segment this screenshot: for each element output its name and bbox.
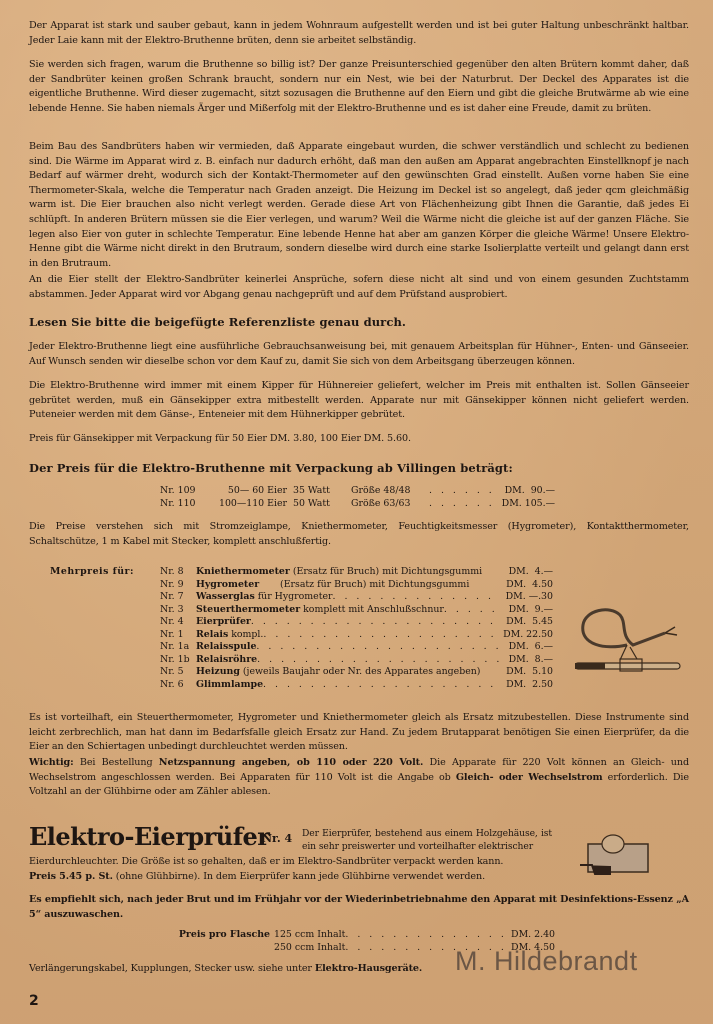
dot-leader: . . . . . . . . . . . . . . . . . . . . … bbox=[263, 679, 499, 690]
model-watt: 35 Watt bbox=[293, 485, 351, 496]
extra-name: Steuerthermometer bbox=[196, 604, 300, 615]
list-item: Nr. 5Heizung (jeweils Baujahr oder Nr. d… bbox=[160, 666, 553, 677]
extras-label: Mehrpreis für: bbox=[50, 566, 134, 577]
extra-price: DM. 5.10 bbox=[499, 666, 553, 677]
model-size: Größe 48/48 bbox=[351, 485, 429, 496]
voltage-emphasis: Netzspannung angeben, ob 110 oder 220 Vo… bbox=[159, 757, 423, 768]
dot-leader: . . . . . . . . . . . . . . . . . . . . … bbox=[251, 616, 499, 627]
extra-description: für Hygrometer bbox=[255, 591, 333, 602]
paragraph-instructions: Jeder Elektro-Bruthenne liegt eine ausfü… bbox=[29, 340, 689, 369]
paragraph-price-reason: Sie werden sich fragen, warum die Bruthe… bbox=[29, 58, 689, 116]
bottle-size: 125 ccm Inhalt bbox=[274, 929, 345, 940]
paragraph-spare-parts: Es ist vorteilhaft, ein Steuerthermomete… bbox=[29, 711, 689, 755]
catalog-page: Der Apparat ist stark und sauber gebaut,… bbox=[0, 0, 713, 1024]
price-per-bottle-label bbox=[160, 942, 274, 953]
extra-number: Nr. 1a bbox=[160, 641, 196, 652]
spacer bbox=[482, 566, 499, 577]
extra-number: Nr. 9 bbox=[160, 579, 196, 590]
extra-number: Nr. 3 bbox=[160, 604, 196, 615]
paragraph-egg-requirements: An die Eier stellt der Elektro-Sandbrüte… bbox=[29, 273, 689, 302]
footer-text: Verlängerungskabel, Kupplungen, Stecker … bbox=[29, 963, 315, 974]
list-item: Nr. 3Steuerthermometer komplett mit Ansc… bbox=[160, 604, 553, 615]
extra-number: Nr. 5 bbox=[160, 666, 196, 677]
important-label: Wichtig: bbox=[29, 757, 74, 768]
extra-name: Wasserglas bbox=[196, 591, 255, 602]
dot-leader: . . . . . . . . . . . . . . . . . bbox=[345, 929, 505, 940]
thermometer-illustration-icon bbox=[575, 605, 685, 680]
list-item: Nr. 1aRelaisspule . . . . . . . . . . . … bbox=[160, 641, 553, 652]
dot-leader: . . . . . . . . . . . . . . . . . . . . … bbox=[257, 654, 499, 665]
paragraph-voltage: Wichtig: Bei Bestellung Netzspannung ang… bbox=[29, 756, 689, 800]
extra-name: Relaisröhre bbox=[196, 654, 257, 665]
extra-name: Relaisspule bbox=[196, 641, 256, 652]
table-row: Preis pro Flasche125 ccm Inhalt . . . . … bbox=[160, 929, 555, 940]
paragraph-intro: Der Apparat ist stark und sauber gebaut,… bbox=[29, 19, 689, 48]
list-item: Nr. 1Relais kompl. . . . . . . . . . . .… bbox=[160, 629, 553, 640]
household-appliances-reference: Elektro-Hausgeräte. bbox=[315, 963, 422, 974]
bottle-size: 250 ccm Inhalt bbox=[274, 942, 345, 953]
egg-tester-price: Preis 5.45 p. St. bbox=[29, 871, 113, 882]
model-price: DM. 90.— bbox=[495, 485, 555, 496]
extra-number: Nr. 4 bbox=[160, 616, 196, 627]
extra-name: Kniethermometer bbox=[196, 566, 290, 577]
paragraph-tipper: Die Elektro-Bruthenne wird immer mit ein… bbox=[29, 379, 689, 423]
extra-name: Relais bbox=[196, 629, 228, 640]
extra-number: Nr. 6 bbox=[160, 679, 196, 690]
price-per-bottle-label: Preis pro Flasche bbox=[160, 929, 274, 940]
bottle-price: DM. 2.40 bbox=[505, 929, 555, 940]
extra-price: DM. 5.45 bbox=[499, 616, 553, 627]
extra-number: Nr. 1b bbox=[160, 654, 196, 665]
paragraph-included: Die Preise verstehen sich mit Stromzeigl… bbox=[29, 520, 689, 549]
extra-number: Nr. 7 bbox=[160, 591, 196, 602]
extra-price: DM. 22.50 bbox=[499, 629, 553, 640]
dot-leader: . . . . . . . . . . . . . . . bbox=[429, 498, 495, 509]
paragraph-tipper-price: Preis für Gänsekipper mit Verpackung für… bbox=[29, 432, 689, 447]
paragraph-construction: Beim Bau des Sandbrüters haben wir vermi… bbox=[29, 140, 689, 271]
extra-number: Nr. 8 bbox=[160, 566, 196, 577]
extra-price: DM. 6.— bbox=[499, 641, 553, 652]
extra-description: (Ersatz für Bruch) mit Dichtungsgummi bbox=[259, 579, 469, 590]
extra-name: Hygrometer bbox=[196, 579, 259, 590]
current-type-emphasis: Gleich- oder Wechselstrom bbox=[456, 772, 603, 783]
dot-leader: . . . . . . . . . . . . . . . . . . . . … bbox=[256, 641, 499, 652]
model-eggs: 100—110 Eier bbox=[205, 498, 293, 509]
egg-tester-desc-a: Der Eierprüfer, bestehend aus einem Holz… bbox=[302, 827, 552, 853]
model-eggs: 50— 60 Eier bbox=[205, 485, 293, 496]
model-number: Nr. 109 bbox=[160, 485, 205, 496]
extra-description: (Ersatz für Bruch) mit Dichtungsgummi bbox=[290, 566, 482, 577]
dot-leader: . . . . . . . . . . . . . . . bbox=[429, 485, 495, 496]
egg-tester-desc-b: Eierdurchleuchter. Die Größe ist so geha… bbox=[29, 855, 552, 884]
dot-leader: . . . . . . . . . . . . . . . . . . . . … bbox=[444, 604, 499, 615]
extra-description: (jeweils Baujahr oder Nr. des Apparates … bbox=[240, 666, 481, 677]
footer-note: Verlängerungskabel, Kupplungen, Stecker … bbox=[29, 962, 479, 977]
watermark: M. Hildebrandt bbox=[455, 946, 638, 977]
list-item: Nr. 7Wasserglas für Hygrometer . . . . .… bbox=[160, 591, 553, 602]
extra-price: DM. 8.— bbox=[499, 654, 553, 665]
extra-price: DM. —.30 bbox=[499, 591, 553, 602]
egg-tester-number: Nr. 4 bbox=[262, 832, 292, 845]
model-number: Nr. 110 bbox=[160, 498, 205, 509]
extra-number: Nr. 1 bbox=[160, 629, 196, 640]
heading-reference-list: Lesen Sie bitte die beigefügte Referenzl… bbox=[29, 315, 406, 329]
extra-name: Heizung bbox=[196, 666, 240, 677]
extra-name: Glimmlampe bbox=[196, 679, 263, 690]
model-watt: 50 Watt bbox=[293, 498, 351, 509]
model-size: Größe 63/63 bbox=[351, 498, 429, 509]
dot-leader: . . . . . . . . . . . . . . . . . . . . … bbox=[333, 591, 499, 602]
disinfection-text: Es empfiehlt sich, nach jeder Brut und i… bbox=[29, 893, 689, 922]
table-row: Nr. 10950— 60 Eier35 WattGröße 48/48. . … bbox=[160, 485, 555, 496]
egg-tester-size-text: Eierdurchleuchter. Die Größe ist so geha… bbox=[29, 856, 503, 867]
list-item: Nr. 9Hygrometer (Ersatz für Bruch) mit D… bbox=[160, 579, 553, 590]
extra-price: DM. 4.— bbox=[499, 566, 553, 577]
egg-tester-illustration-icon bbox=[580, 830, 660, 880]
spacer bbox=[469, 579, 499, 590]
extra-description: kompl. bbox=[228, 629, 263, 640]
egg-tester-title: Elektro-Eierprüfer bbox=[29, 822, 269, 851]
extra-price: DM. 4.50 bbox=[499, 579, 553, 590]
extra-description: komplett mit Anschlußschnur bbox=[300, 604, 444, 615]
egg-tester-bulb-text: (ohne Glühbirne). In dem Eierprüfer kann… bbox=[113, 871, 485, 882]
list-item: Nr. 1bRelaisröhre . . . . . . . . . . . … bbox=[160, 654, 553, 665]
table-row: Nr. 110100—110 Eier50 WattGröße 63/63. .… bbox=[160, 498, 555, 509]
heading-price: Der Preis für die Elektro-Bruthenne mit … bbox=[29, 461, 513, 475]
list-item: Nr. 8Kniethermometer (Ersatz für Bruch) … bbox=[160, 566, 553, 577]
extra-name: Eierprüfer bbox=[196, 616, 251, 627]
page-number: 2 bbox=[29, 993, 39, 1009]
dot-leader: . . . . . . . . . . . . . . . . . . . . … bbox=[263, 629, 499, 640]
extra-price: DM. 9.— bbox=[499, 604, 553, 615]
extra-price: DM. 2.50 bbox=[499, 679, 553, 690]
list-item: Nr. 4Eierprüfer . . . . . . . . . . . . … bbox=[160, 616, 553, 627]
model-price: DM. 105.— bbox=[495, 498, 555, 509]
list-item: Nr. 6Glimmlampe . . . . . . . . . . . . … bbox=[160, 679, 553, 690]
voltage-text-a: Bei Bestellung bbox=[74, 757, 159, 768]
spacer bbox=[480, 666, 499, 677]
